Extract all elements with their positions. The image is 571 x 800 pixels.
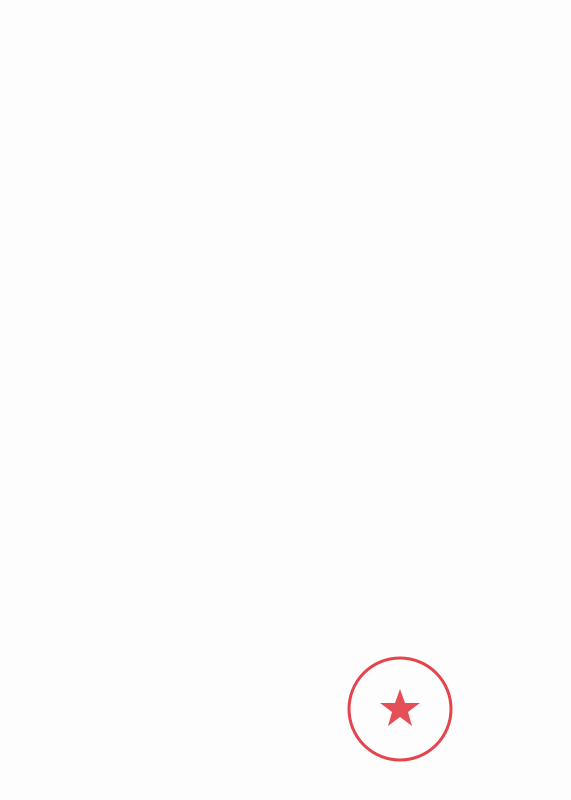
document-page — [0, 0, 571, 800]
official-seal-icon — [346, 655, 454, 763]
